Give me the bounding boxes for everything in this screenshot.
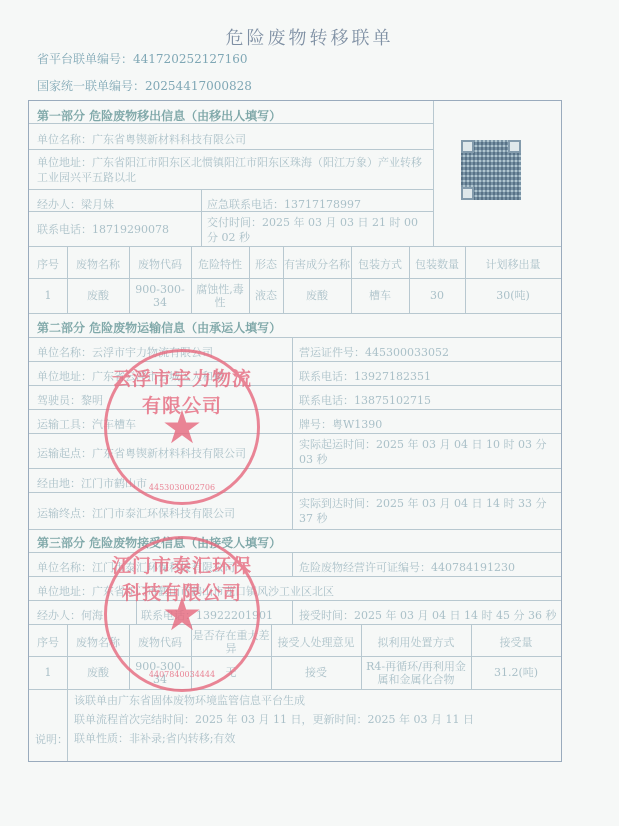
table-header: 序号 [29, 248, 67, 280]
part2-arrival-time: 实际到达时间：2025 年 03 月 04 日 14 时 33 分 37 秒 [299, 496, 557, 526]
table-header: 危险特性 [191, 248, 249, 280]
table-header: 废物名称 [67, 248, 129, 280]
table-header: 废物代码 [129, 248, 191, 280]
part1-contact-phone: 联系电话：18719290078 [37, 221, 169, 237]
table-cell: 槽车 [353, 278, 407, 313]
table-cell: 31.2(吨) [473, 656, 559, 689]
table-cell: 1 [31, 656, 65, 689]
table-header: 形态 [249, 248, 283, 280]
table-header: 拟利用处置方式 [361, 626, 471, 658]
notes-label: 说明： [35, 731, 68, 747]
note-line: 联单流程首次完结时间：2025 年 03 月 11 日，更新时间：2025 年 … [74, 710, 474, 729]
part1-handler: 经办人：梁月妹 [37, 196, 114, 212]
table-header: 序号 [29, 626, 67, 658]
note-line: 该联单由广东省固体废物环境监管信息平台生成 [74, 691, 474, 710]
table-cell: 腐蚀性,毒性 [193, 278, 247, 313]
part1-handover-time: 交付时间：2025 年 03 月 03 日 21 时 00 分 02 秒 [207, 215, 429, 245]
part3-receive-time: 接受时间：2025 年 03 月 04 日 14 时 45 分 36 秒 [299, 607, 556, 623]
table-cell: 30(吨) [467, 278, 559, 313]
part3-license-no: 危险废物经营许可证编号：440784191230 [299, 559, 515, 575]
part1-unit-name: 单位名称：广东省粤锲新材料科技有限公司 [37, 131, 246, 147]
part1-heading: 第一部分 危险废物移出信息（由移出人填写） [37, 107, 281, 124]
part2-heading: 第二部分 危险废物运输信息（由承运人填写） [37, 319, 281, 336]
part1-emergency-phone: 应急联系电话：13717178997 [207, 196, 361, 212]
qr-code-icon [461, 140, 521, 200]
part2-plate: 牌号：粤W1390 [299, 416, 382, 432]
part2-permit-no: 营运证件号：445300033052 [299, 344, 449, 360]
part2-contact-phone: 联系电话：13927182351 [299, 368, 431, 384]
table-cell: R4-再循环/再利用金属和金属化合物 [363, 656, 469, 689]
part3-handler: 经办人：何海 [37, 607, 103, 623]
table-cell: 1 [31, 278, 65, 313]
table-header: 计划移出量 [465, 248, 561, 280]
table-cell: 30 [411, 278, 463, 313]
table-header: 有害成分名称 [283, 248, 351, 280]
part2-driver-phone: 联系电话：13875102715 [299, 392, 431, 408]
table-cell: 废酸 [285, 278, 349, 313]
part2-destination: 运输终点：江门市泰汇环保科技有限公司 [37, 505, 235, 521]
part2-departure-time: 实际起运时间：2025 年 03 月 04 日 10 时 03 分 03 秒 [299, 437, 557, 467]
table-header: 接受人处理意见 [271, 626, 361, 658]
carrier-stamp: 云浮市宇力物流有限公司★4453030002706 [104, 349, 260, 505]
table-cell: 接受 [273, 656, 359, 689]
receiver-stamp: 江门市泰汇环保科技有限公司★4407840034444 [104, 536, 260, 692]
table-cell: 液态 [251, 278, 281, 313]
national-number: 国家统一联单编号：20254417000828 [37, 77, 252, 94]
document-title: 危险废物转移联单 [0, 24, 619, 50]
notes-lines: 该联单由广东省固体废物环境监管信息平台生成 联单流程首次完结时间：2025 年 … [74, 691, 474, 748]
table-header: 接受量 [471, 626, 561, 658]
table-cell: 废酸 [69, 278, 127, 313]
table-header: 包装方式 [351, 248, 409, 280]
table-header: 包装数量 [409, 248, 465, 280]
provincial-number: 省平台联单编号：441720252127160 [37, 50, 248, 67]
table-cell: 900-300-34 [131, 278, 189, 313]
transfer-form: 第一部分 危险废物移出信息（由移出人填写） 单位名称：广东省粤锲新材料科技有限公… [28, 100, 562, 762]
part2-driver: 驾驶员：黎明 [37, 392, 103, 408]
note-line: 联单性质：非补录;省内转移;有效 [74, 729, 474, 748]
part1-unit-address: 单位地址：广东省阳江市阳东区北惯镇阳江市阳东区珠海（阳江万象）产业转移工业园兴平… [37, 155, 427, 185]
